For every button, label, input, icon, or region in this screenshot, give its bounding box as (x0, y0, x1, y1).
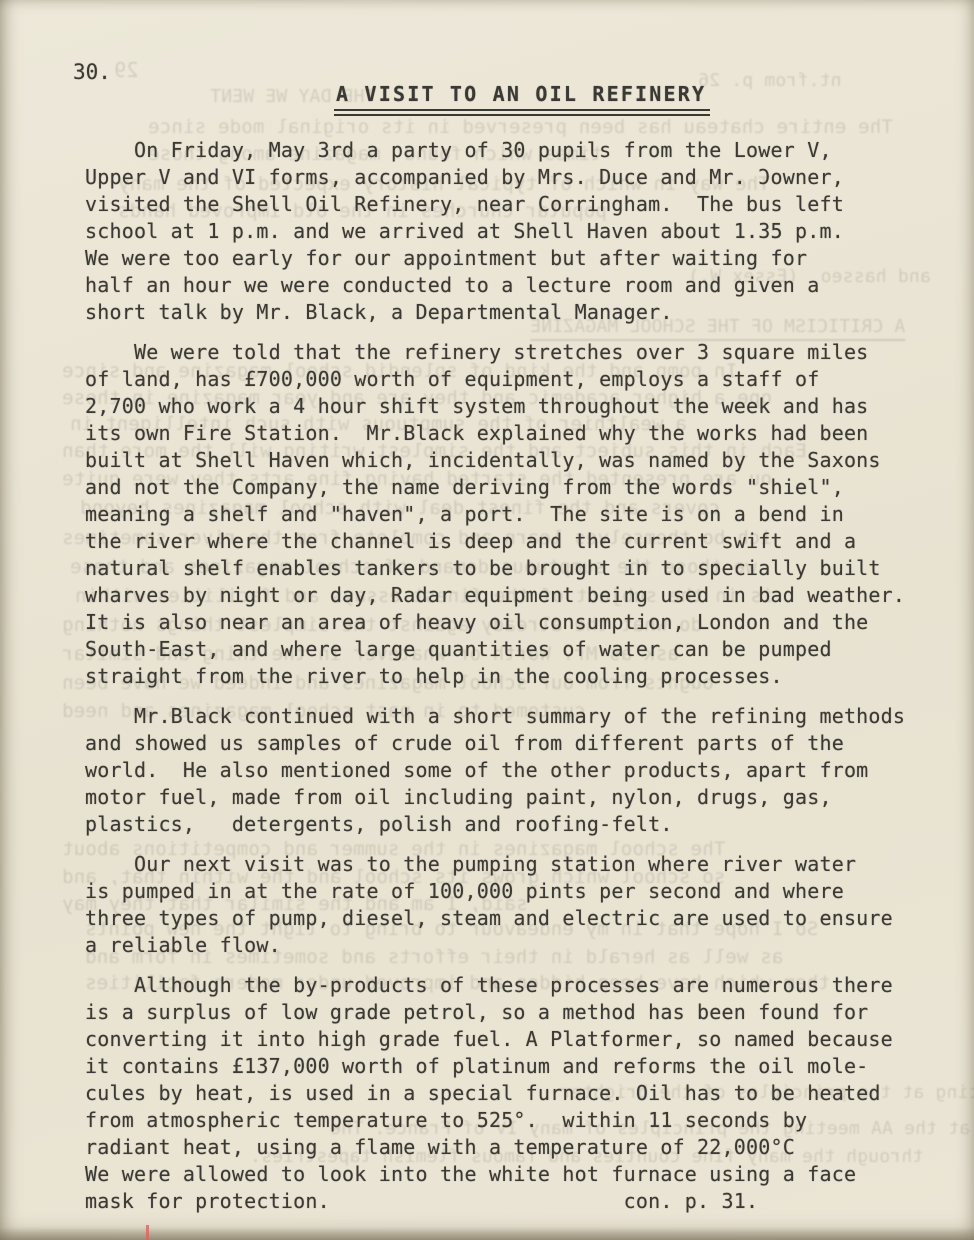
text-line: and not the Company, the name deriving f… (85, 474, 945, 501)
red-mark (146, 1225, 149, 1240)
text-line: Although the by-products of these proces… (85, 972, 945, 999)
text-line: built at Shell Haven which, incidentally… (85, 447, 945, 474)
paragraph: Our next visit was to the pumping statio… (85, 851, 945, 959)
text-line: plastics, detergents, polish and roofing… (85, 811, 945, 838)
text-line: natural shelf enables tankers to be brou… (85, 555, 945, 582)
paragraph: On Friday, May 3rd a party of 30 pupils … (85, 137, 945, 326)
text-line: and showed us samples of crude oil from … (85, 730, 945, 757)
text-line: We were too early for our appointment bu… (85, 245, 945, 272)
text-line: short talk by Mr. Black, a Departmental … (85, 299, 945, 326)
text-line: It is also near an area of heavy oil con… (85, 609, 945, 636)
text-line: the river where the channel is deep and … (85, 528, 945, 555)
text-line: half an hour we were conducted to a lect… (85, 272, 945, 299)
page-title: A VISIT TO AN OIL REFINERY (334, 82, 710, 116)
text-line: radiant heat, using a flame with a tempe… (85, 1134, 945, 1161)
text-line: of land, has £700,000 worth of equipment… (85, 366, 945, 393)
paragraph: Although the by-products of these proces… (85, 972, 945, 1215)
text-line: is a surplus of low grade petrol, so a m… (85, 999, 945, 1026)
text-line: converting it into high grade fuel. A Pl… (85, 1026, 945, 1053)
text-line: South-East, and where large quantities o… (85, 636, 945, 663)
page-title-text: A VISIT TO AN OIL REFINERY (334, 82, 710, 116)
bleedthrough-line: The entire chateau has been preserved in… (148, 116, 893, 138)
text-line: We were allowed to look into the white h… (85, 1161, 945, 1188)
text-line: Our next visit was to the pumping statio… (85, 851, 945, 878)
bleedthrough-line: nt.from p. 26 (698, 70, 841, 91)
text-line: it contains £137,000 worth of platinum a… (85, 1053, 945, 1080)
text-line: We were told that the refinery stretches… (85, 339, 945, 366)
text-line: Mr.Black continued with a short summary … (85, 703, 945, 730)
text-line: straight from the river to help in the c… (85, 663, 945, 690)
text-line: Upper V and VI forms, accompanied by Mrs… (85, 164, 945, 191)
text-line: school at 1 p.m. and we arrived at Shell… (85, 218, 945, 245)
text-line: motor fuel, made from oil including pain… (85, 784, 945, 811)
text-line: wharves by night or day, Radar equipment… (85, 582, 945, 609)
text-line: 2,700 who work a 4 hour shift system thr… (85, 393, 945, 420)
page-number: 30. (73, 60, 111, 84)
text-line: mask for protection. con. p. 31. (85, 1188, 945, 1215)
text-line: visited the Shell Oil Refinery, near Cor… (85, 191, 945, 218)
text-line: its own Fire Station. Mr.Black explained… (85, 420, 945, 447)
text-line: three types of pump, diesel, steam and e… (85, 905, 945, 932)
text-line: cules by heat, is used in a special furn… (85, 1080, 945, 1107)
scanned-page: 29nt.from p. 26THE DAY WE WENTThe entire… (0, 0, 974, 1240)
text-line: is pumped in at the rate of 100,000 pint… (85, 878, 945, 905)
text-line: from atmospheric temperature to 525°. wi… (85, 1107, 945, 1134)
text-line: a reliable flow. (85, 932, 945, 959)
paragraph: Mr.Black continued with a short summary … (85, 703, 945, 838)
text-line: world. He also mentioned some of the oth… (85, 757, 945, 784)
text-line: meaning a shelf and "haven", a port. The… (85, 501, 945, 528)
text-line: On Friday, May 3rd a party of 30 pupils … (85, 137, 945, 164)
bleedthrough-line: 29 (114, 58, 138, 82)
paragraph: We were told that the refinery stretches… (85, 339, 945, 690)
paragraphs: On Friday, May 3rd a party of 30 pupils … (85, 137, 945, 1228)
